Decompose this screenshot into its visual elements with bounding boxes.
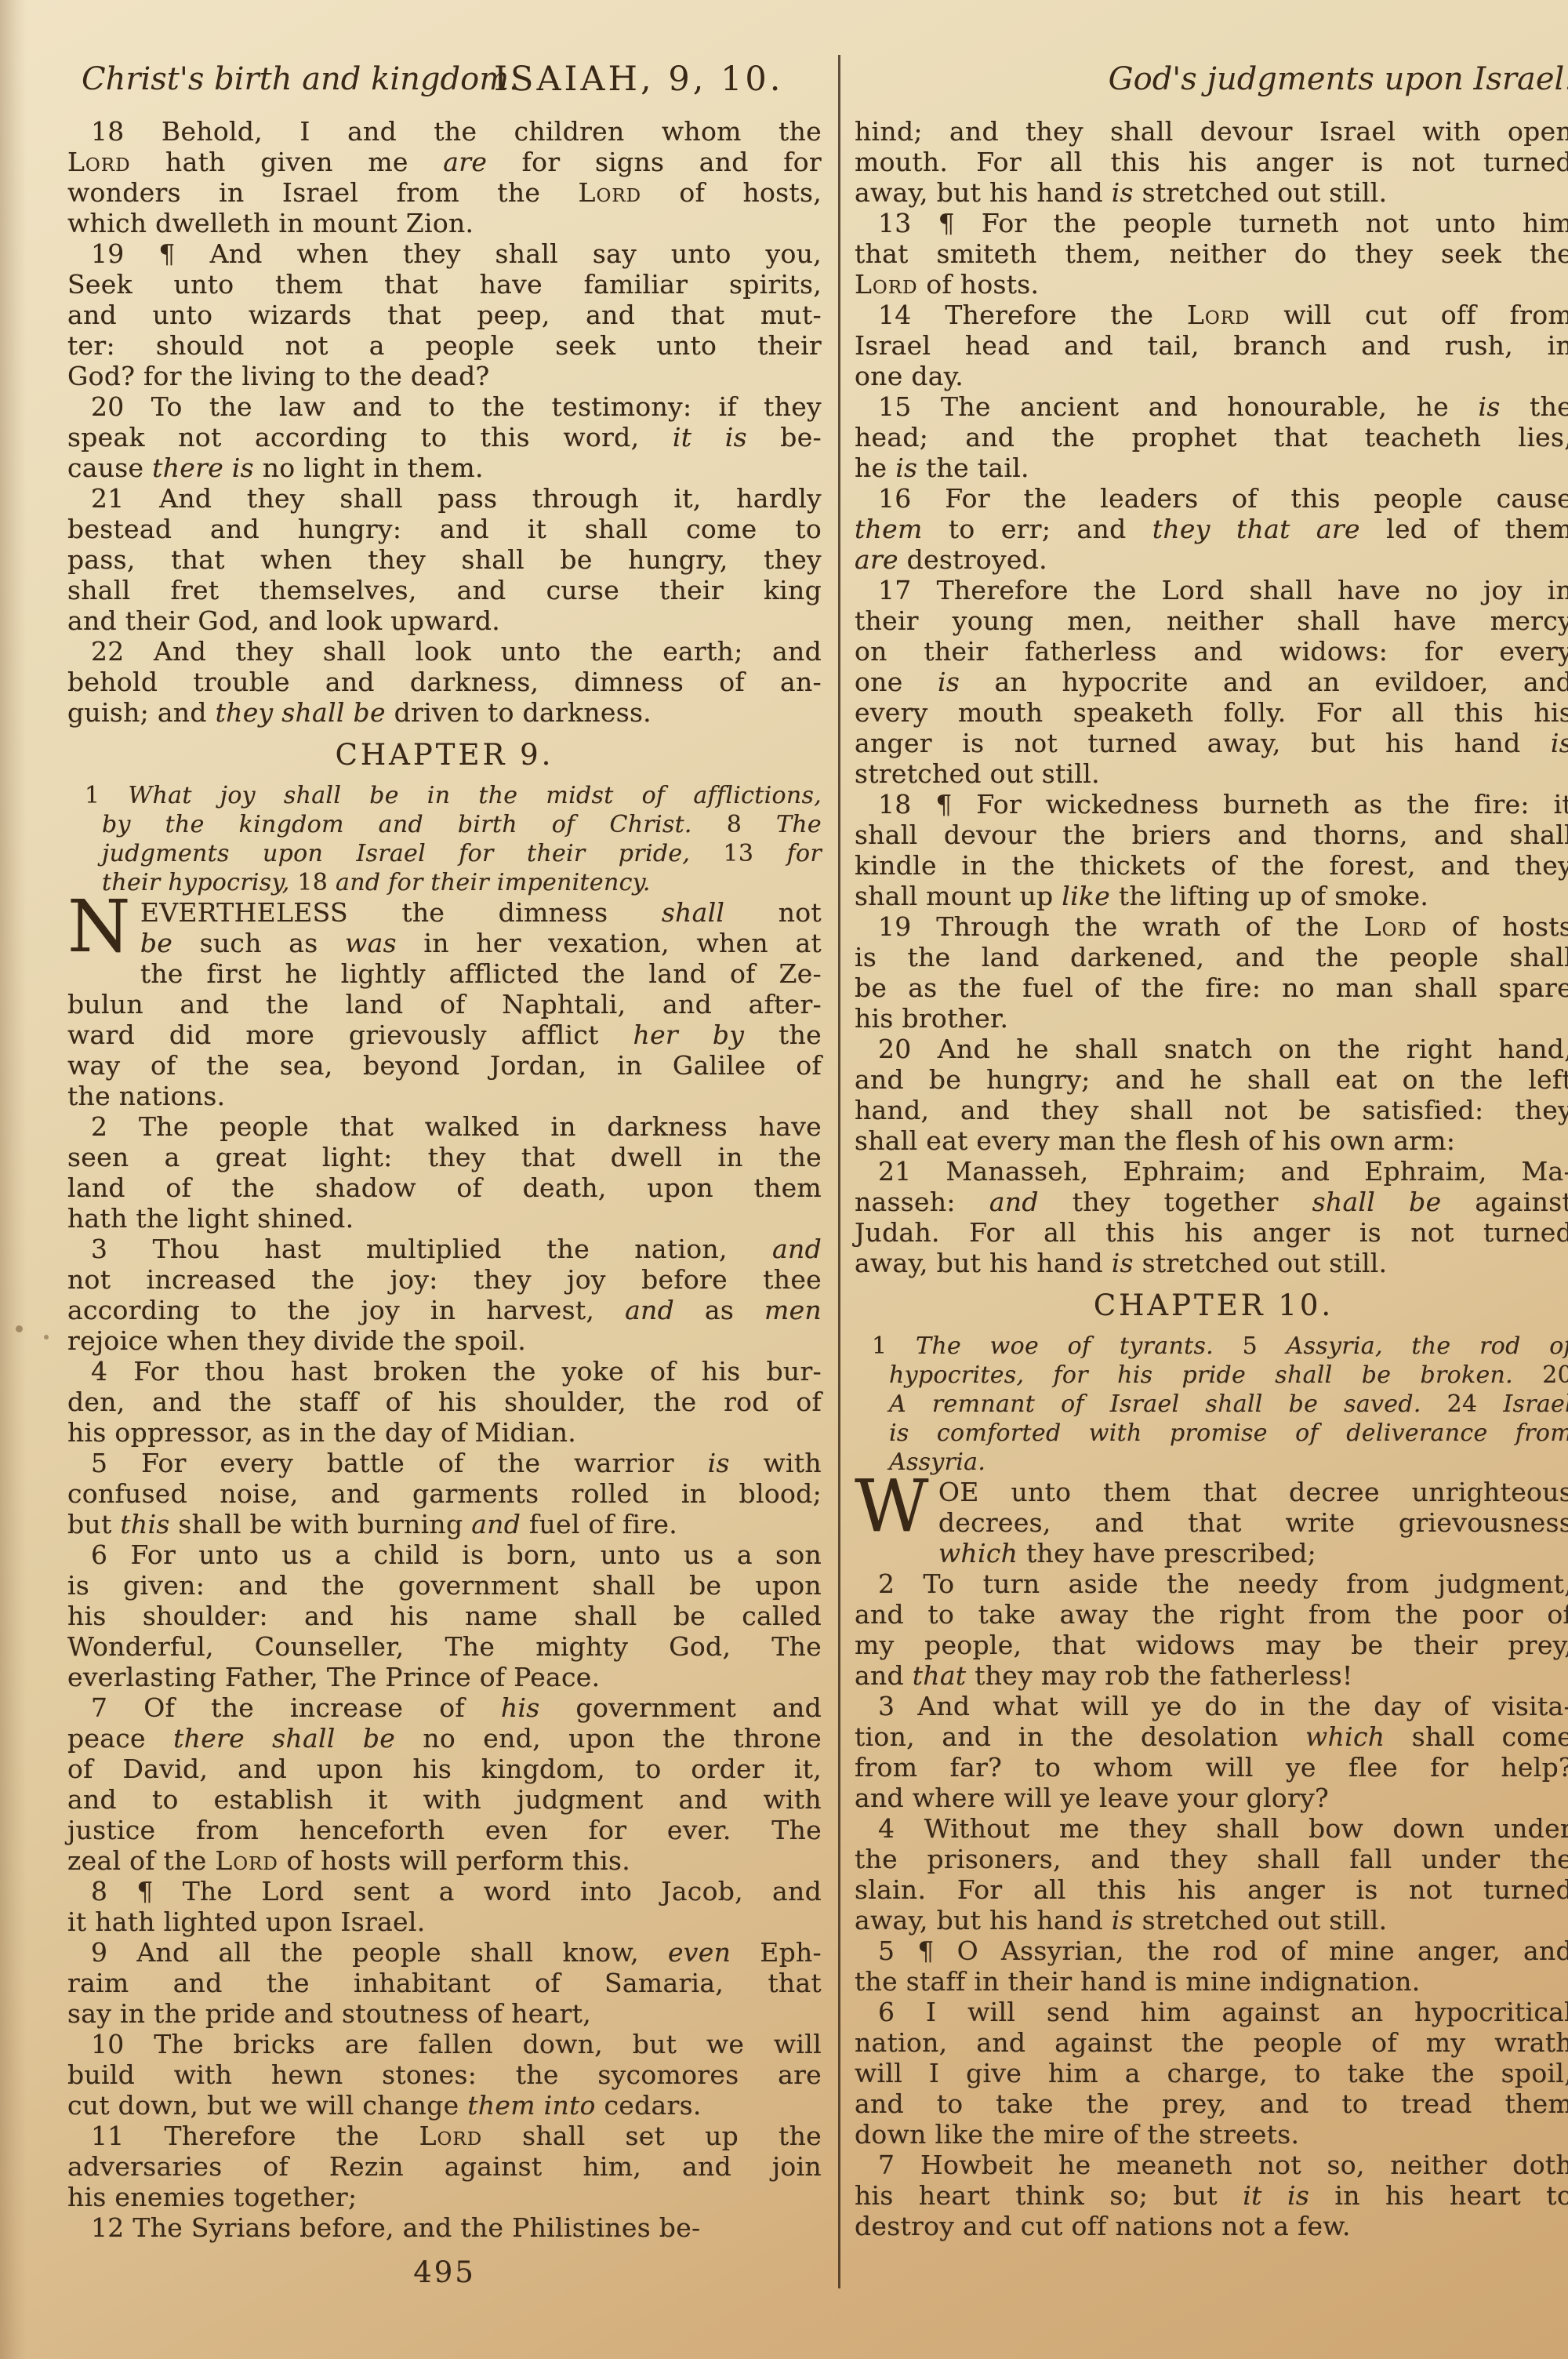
- text-line: seen a great light: they that dwell in t…: [67, 1142, 822, 1172]
- bible-page: Christ's birth and kingdom. ISAIAH, 9, 1…: [0, 0, 1568, 2359]
- text-line: 12 The Syrians before, and the Philistin…: [67, 2212, 822, 2243]
- text-line: wonders in Israel from the Lord of hosts…: [67, 177, 822, 208]
- text-line: that smiteth them, neither do they seek …: [855, 238, 1568, 269]
- running-head-left: Christ's birth and kingdom.: [82, 61, 519, 97]
- italic-text: be: [140, 928, 172, 958]
- text-line: their hypocrisy, 18 and for their impeni…: [102, 868, 822, 897]
- text-line: from far? to whom will ye flee for help?: [855, 1752, 1568, 1783]
- verse-paragraph: 20 And he shall snatch on the right hand…: [855, 1034, 1568, 1156]
- text-line: is given: and the government shall be up…: [67, 1570, 822, 1601]
- text-line: stretched out still.: [855, 758, 1568, 789]
- text-line: 8 ¶ The Lord sent a word into Jacob, and: [67, 1876, 822, 1906]
- text-line: 3 Thou hast multiplied the nation, and: [67, 1234, 822, 1264]
- text-line: Seek unto them that have familiar spirit…: [67, 269, 822, 300]
- text-line: shall fret themselves, and curse their k…: [67, 575, 822, 605]
- text-line: away, but his hand is stretched out stil…: [855, 1905, 1568, 1936]
- text-line: God? for the living to the dead?: [67, 361, 822, 391]
- verse-paragraph: 14 Therefore the Lord will cut off fromI…: [855, 300, 1568, 391]
- verse-paragraph: 4 For thou hast broken the yoke of his b…: [67, 1356, 822, 1448]
- text-line: raim and the inhabitant of Samaria, that: [67, 1968, 822, 1998]
- text-line: 17 Therefore the Lord shall have no joy …: [855, 575, 1568, 605]
- text-line: which dwelleth in mount Zion.: [67, 208, 822, 238]
- italic-text: What joy shall be in the midst of afflic…: [128, 782, 822, 809]
- italic-text: is: [1478, 391, 1500, 422]
- text-line: rejoice when they divide the spoil.: [67, 1325, 822, 1356]
- verse-paragraph: 16 For the leaders of this people causet…: [855, 483, 1568, 575]
- verse-paragraph: 21 Manasseh, Ephraim; and Ephraim, Ma-na…: [855, 1156, 1568, 1278]
- italic-text: hypocrites, for his pride shall be broke…: [889, 1361, 1513, 1389]
- italic-text: Assyria, the rod of: [1287, 1332, 1568, 1360]
- text-line: cause there is no light in them.: [67, 453, 822, 483]
- text-line: Lord hath given me are for signs and for: [67, 147, 822, 177]
- chapter-summary: 1 What joy shall be in the midst of affl…: [67, 781, 822, 897]
- text-line: every mouth speaketh folly. For all this…: [855, 697, 1568, 728]
- italic-text: is: [708, 1448, 730, 1478]
- text-line: say in the pride and stoutness of heart,: [67, 1998, 822, 2029]
- text-line: everlasting Father, The Prince of Peace.: [67, 1662, 822, 1692]
- verse-paragraph: 5 ¶ O Assyrian, the rod of mine anger, a…: [855, 1936, 1568, 1997]
- left-text-column: 18 Behold, I and the children whom theLo…: [67, 116, 822, 2243]
- text-line: ter: should not a people seek unto their: [67, 330, 822, 361]
- text-line: 14 Therefore the Lord will cut off from: [855, 300, 1568, 330]
- text-line: the prisoners, and they shall fall under…: [855, 1844, 1568, 1874]
- verse-paragraph: WOE unto them that decree unrighteousdec…: [855, 1477, 1568, 1568]
- text-line: bestead and hungry: and it shall come to: [67, 514, 822, 544]
- text-line: tion, and in the desolation which shall …: [855, 1721, 1568, 1752]
- text-line: hand, and they shall not be satisfied: t…: [855, 1095, 1568, 1125]
- text-line: 4 Without me they shall bow down under: [855, 1813, 1568, 1844]
- verse-paragraph: 8 ¶ The Lord sent a word into Jacob, and…: [67, 1876, 822, 1937]
- italic-text: them: [855, 514, 923, 544]
- text-line: 19 Through the wrath of the Lord of host…: [855, 911, 1568, 942]
- text-line: Lord of hosts.: [855, 269, 1568, 300]
- foxing-speck: [16, 1325, 23, 1332]
- text-line: confused noise, and garments rolled in b…: [67, 1478, 822, 1509]
- text-line: by the kingdom and birth of Christ. 8 Th…: [102, 810, 822, 839]
- text-line: away, but his hand is stretched out stil…: [855, 177, 1568, 208]
- italic-text: is: [1112, 1248, 1134, 1278]
- text-line: which they have prescribed;: [855, 1538, 1568, 1568]
- text-line: decrees, and that write grievousness: [855, 1507, 1568, 1538]
- text-line: WOE unto them that decree unrighteous: [855, 1477, 1568, 1507]
- foxing-speck: [44, 1335, 49, 1339]
- text-line: 13 ¶ For the people turneth not unto him: [855, 208, 1568, 238]
- italic-text: is comforted with promise of deliverance…: [889, 1419, 1568, 1447]
- text-line: 15 The ancient and honourable, he is the: [855, 391, 1568, 422]
- verse-paragraph: 11 Therefore the Lord shall set up thead…: [67, 2121, 822, 2212]
- text-line: and their God, and look upward.: [67, 605, 822, 636]
- italic-text: men: [764, 1295, 822, 1325]
- verse-paragraph: 19 ¶ And when they shall say unto you,Se…: [67, 238, 822, 391]
- text-line: hath the light shined.: [67, 1203, 822, 1234]
- text-line: my people, that widows may be their prey…: [855, 1630, 1568, 1660]
- italic-text: The: [776, 811, 822, 838]
- text-line: nasseh: and they together shall be again…: [855, 1187, 1568, 1217]
- italic-text: is: [1551, 728, 1568, 758]
- text-line: ward did more grievously afflict her by …: [67, 1020, 822, 1050]
- text-line: his heart think so; but it is in his hea…: [855, 2180, 1568, 2211]
- text-line: down like the mire of the streets.: [855, 2119, 1568, 2150]
- text-line: Judah. For all this his anger is not tur…: [855, 1217, 1568, 1248]
- text-line: 6 I will send him against an hypocritica…: [855, 1997, 1568, 2027]
- text-line: 7 Howbeit he meaneth not so, neither dot…: [855, 2150, 1568, 2180]
- text-line: guish; and they shall be driven to darkn…: [67, 697, 822, 728]
- italic-text: them into: [467, 2090, 595, 2121]
- text-line: is the land darkened, and the people sha…: [855, 942, 1568, 972]
- text-line: and to take away the right from the poor…: [855, 1599, 1568, 1630]
- text-line: pass, that when they shall be hungry, th…: [67, 544, 822, 575]
- text-line: behold trouble and darkness, dimness of …: [67, 667, 822, 697]
- text-line: shall devour the briers and thorns, and …: [855, 820, 1568, 850]
- text-line: his brother.: [855, 1003, 1568, 1034]
- text-line: 1 What joy shall be in the midst of affl…: [102, 781, 822, 810]
- italic-text: is: [1112, 1905, 1134, 1936]
- italic-text: like: [1062, 881, 1110, 911]
- text-line: 2 The people that walked in darkness hav…: [67, 1111, 822, 1142]
- drop-cap-initial: W: [855, 1477, 938, 1539]
- text-line: judgments upon Israel for their pride, 1…: [102, 839, 822, 868]
- italic-text: and: [989, 1187, 1039, 1217]
- text-line: build with hewn stones: the sycomores ar…: [67, 2059, 822, 2090]
- italic-text: judgments upon Israel for their pride,: [102, 840, 690, 867]
- small-caps-divine-name: Lord: [855, 269, 918, 300]
- verse-paragraph: 10 The bricks are fallen down, but we wi…: [67, 2029, 822, 2121]
- small-caps-divine-name: Lord: [215, 1845, 278, 1876]
- verse-paragraph: 13 ¶ For the people turneth not unto him…: [855, 208, 1568, 300]
- italic-text: Assyria.: [889, 1448, 985, 1476]
- page-number: 495: [67, 2255, 822, 2289]
- italic-text: they that are: [1152, 514, 1360, 544]
- text-line: it hath lighted upon Israel.: [67, 1906, 822, 1937]
- text-line: kindle in the thickets of the forest, an…: [855, 850, 1568, 881]
- text-line: 5 For every battle of the warrior is wit…: [67, 1448, 822, 1478]
- text-line: of David, and upon his kingdom, to order…: [67, 1754, 822, 1784]
- text-line: his oppressor, as in the day of Midian.: [67, 1417, 822, 1448]
- small-caps-divine-name: Lord: [1364, 911, 1428, 942]
- text-line: 20 To the law and to the testimony: if t…: [67, 391, 822, 422]
- text-line: be such as was in her vexation, when at: [67, 928, 822, 958]
- chapter-heading: CHAPTER 10.: [855, 1289, 1568, 1323]
- text-line: justice from henceforth even for ever. T…: [67, 1815, 822, 1845]
- italic-text: this: [120, 1509, 169, 1539]
- text-line: away, but his hand is stretched out stil…: [855, 1248, 1568, 1278]
- small-caps-divine-name: Lord: [1187, 300, 1250, 330]
- text-line: them to err; and they that are led of th…: [855, 514, 1568, 544]
- text-line: 5 ¶ O Assyrian, the rod of mine anger, a…: [855, 1936, 1568, 1966]
- text-line: 11 Therefore the Lord shall set up the: [67, 2121, 822, 2151]
- italic-text: it is: [1243, 2180, 1309, 2211]
- text-line: according to the joy in harvest, and as …: [67, 1295, 822, 1325]
- text-line: bulun and the land of Naphtali, and afte…: [67, 989, 822, 1020]
- italic-text: there is: [152, 453, 254, 483]
- text-line: 16 For the leaders of this people cause: [855, 483, 1568, 514]
- chapter-summary: 1 The woe of tyrants. 5 Assyria, the rod…: [855, 1332, 1568, 1477]
- column-divider-rule: [838, 55, 840, 2288]
- text-line: hind; and they shall devour Israel with …: [855, 116, 1568, 147]
- text-line: 20 And he shall snatch on the right hand…: [855, 1034, 1568, 1064]
- text-line: NEVERTHELESS the dimness shall not: [67, 897, 822, 928]
- text-line: 1 The woe of tyrants. 5 Assyria, the rod…: [889, 1332, 1568, 1361]
- small-caps-divine-name: Lord: [419, 2121, 483, 2151]
- verse-paragraph: 17 Therefore the Lord shall have no joy …: [855, 575, 1568, 789]
- running-head-right: God's judgments upon Israel.: [1109, 61, 1568, 97]
- verse-paragraph: 22 And they shall look unto the earth; a…: [67, 636, 822, 728]
- text-line: 4 For thou hast broken the yoke of his b…: [67, 1356, 822, 1387]
- drop-cap-initial: N: [67, 897, 140, 960]
- text-line: 19 ¶ And when they shall say unto you,: [67, 238, 822, 269]
- text-line: zeal of the Lord of hosts will perform t…: [67, 1845, 822, 1876]
- text-line: but this shall be with burning and fuel …: [67, 1509, 822, 1539]
- italic-text: The woe of tyrants.: [916, 1332, 1214, 1360]
- text-line: 7 Of the increase of his government and: [67, 1692, 822, 1723]
- text-line: the nations.: [67, 1081, 822, 1111]
- italic-text: shall be: [1312, 1187, 1442, 1217]
- text-line: 10 The bricks are fallen down, but we wi…: [67, 2029, 822, 2059]
- verse-paragraph: 7 Of the increase of his government andp…: [67, 1692, 822, 1876]
- text-line: way of the sea, beyond Jordan, in Galile…: [67, 1050, 822, 1081]
- text-line: slain. For all this his anger is not tur…: [855, 1874, 1568, 1905]
- italic-text: which: [1305, 1721, 1385, 1752]
- text-line: his shoulder: and his name shall be call…: [67, 1601, 822, 1631]
- verse-paragraph: 3 And what will ye do in the day of visi…: [855, 1691, 1568, 1813]
- text-line: anger is not turned away, but his hand i…: [855, 728, 1568, 758]
- italic-text: by the kingdom and birth of Christ.: [102, 811, 692, 838]
- italic-text: is: [895, 453, 917, 483]
- page-gutter-shadow: [0, 0, 27, 2359]
- verse-paragraph: 7 Howbeit he meaneth not so, neither dot…: [855, 2150, 1568, 2241]
- text-line: Wonderful, Counseller, The mighty God, T…: [67, 1631, 822, 1662]
- text-line: 3 And what will ye do in the day of visi…: [855, 1691, 1568, 1721]
- text-line: his enemies together;: [67, 2182, 822, 2212]
- text-line: shall eat every man the flesh of his own…: [855, 1125, 1568, 1156]
- text-line: and to establish it with judgment and wi…: [67, 1784, 822, 1815]
- verse-paragraph: 15 The ancient and honourable, he is the…: [855, 391, 1568, 483]
- italic-text: and for their impenitency.: [336, 869, 651, 896]
- text-line: the staff in their hand is mine indignat…: [855, 1966, 1568, 1997]
- italic-text: is: [938, 667, 960, 697]
- verse-paragraph: 18 Behold, I and the children whom theLo…: [67, 116, 822, 238]
- text-line: 21 And they shall pass through it, hardl…: [67, 483, 822, 514]
- text-line: 18 ¶ For wickedness burneth as the fire:…: [855, 789, 1568, 820]
- italic-text: Israel: [1503, 1390, 1568, 1418]
- verse-paragraph: 9 And all the people shall know, even Ep…: [67, 1937, 822, 2029]
- italic-text: it is: [673, 422, 747, 453]
- italic-text: are: [855, 544, 898, 575]
- text-line: shall mount up like the lifting up of sm…: [855, 881, 1568, 911]
- verse-paragraph: 19 Through the wrath of the Lord of host…: [855, 911, 1568, 1034]
- text-line: 21 Manasseh, Ephraim; and Ephraim, Ma-: [855, 1156, 1568, 1187]
- italic-text: is: [1112, 177, 1134, 208]
- italic-text: and: [772, 1234, 822, 1264]
- verse-paragraph: 18 ¶ For wickedness burneth as the fire:…: [855, 789, 1568, 911]
- text-line: A remnant of Israel shall be saved. 24 I…: [889, 1390, 1568, 1419]
- text-line: peace there shall be no end, upon the th…: [67, 1723, 822, 1754]
- text-line: hypocrites, for his pride shall be broke…: [889, 1361, 1568, 1390]
- text-line: their young men, neither shall have merc…: [855, 605, 1568, 636]
- text-line: and be hungry; and he shall eat on the l…: [855, 1064, 1568, 1095]
- verse-paragraph: 3 Thou hast multiplied the nation, andno…: [67, 1234, 822, 1356]
- text-line: adversaries of Rezin against him, and jo…: [67, 2151, 822, 2182]
- text-line: and unto wizards that peep, and that mut…: [67, 300, 822, 330]
- text-line: 22 And they shall look unto the earth; a…: [67, 636, 822, 667]
- italic-text: and: [625, 1295, 674, 1325]
- italic-text: their hypocrisy,: [102, 869, 290, 896]
- text-line: speak not according to this word, it is …: [67, 422, 822, 453]
- verse-paragraph: 20 To the law and to the testimony: if t…: [67, 391, 822, 483]
- text-line: one day.: [855, 361, 1568, 391]
- text-line: mouth. For all this his anger is not tur…: [855, 147, 1568, 177]
- text-line: he is the tail.: [855, 453, 1568, 483]
- small-caps-divine-name: Lord: [67, 147, 131, 177]
- italic-text: shall: [662, 897, 724, 928]
- text-line: are destroyed.: [855, 544, 1568, 575]
- italic-text: and: [471, 1509, 521, 1539]
- text-line: on their fatherless and widows: for ever…: [855, 636, 1568, 667]
- verse-paragraph: 6 I will send him against an hypocritica…: [855, 1997, 1568, 2150]
- italic-text: his: [501, 1692, 540, 1723]
- text-line: head; and the prophet that teacheth lies…: [855, 422, 1568, 453]
- text-line: 18 Behold, I and the children whom the: [67, 116, 822, 147]
- text-line: the first he lightly afflicted the land …: [67, 958, 822, 989]
- text-line: nation, and against the people of my wra…: [855, 2027, 1568, 2058]
- text-line: 9 And all the people shall know, even Ep…: [67, 1937, 822, 1968]
- italic-text: her by: [633, 1020, 745, 1050]
- text-line: and to take the prey, and to tread them: [855, 2088, 1568, 2119]
- right-text-column: hind; and they shall devour Israel with …: [855, 116, 1568, 2241]
- text-line: Assyria.: [889, 1448, 1568, 1477]
- italic-text: for: [787, 840, 822, 867]
- text-line: and that they may rob the fatherless!: [855, 1660, 1568, 1691]
- text-line: 6 For unto us a child is born, unto us a…: [67, 1539, 822, 1570]
- text-line: 2 To turn aside the needy from judgment,: [855, 1568, 1568, 1599]
- verse-paragraph: 4 Without me they shall bow down underth…: [855, 1813, 1568, 1936]
- text-line: den, and the staff of his shoulder, the …: [67, 1387, 822, 1417]
- text-line: cut down, but we will change them into c…: [67, 2090, 822, 2121]
- text-line: is comforted with promise of deliverance…: [889, 1419, 1568, 1448]
- chapter-heading: CHAPTER 9.: [67, 738, 822, 772]
- text-line: and where will ye leave your glory?: [855, 1783, 1568, 1813]
- italic-text: there shall be: [173, 1723, 395, 1754]
- text-line: Israel head and tail, branch and rush, i…: [855, 330, 1568, 361]
- italic-text: which: [938, 1538, 1018, 1568]
- verse-paragraph: 2 To turn aside the needy from judgment,…: [855, 1568, 1568, 1691]
- verse-paragraph: 21 And they shall pass through it, hardl…: [67, 483, 822, 636]
- italic-text: that: [913, 1660, 967, 1691]
- small-caps-divine-name: Lord: [579, 177, 642, 208]
- verse-paragraph: NEVERTHELESS the dimness shall notbe suc…: [67, 897, 822, 1111]
- text-line: one is an hypocrite and an evildoer, and: [855, 667, 1568, 697]
- text-line: be as the fuel of the fire: no man shall…: [855, 972, 1568, 1003]
- verse-continuation: hind; and they shall devour Israel with …: [855, 116, 1568, 208]
- italic-text: are: [443, 147, 487, 177]
- verse-paragraph: 5 For every battle of the warrior is wit…: [67, 1448, 822, 1539]
- italic-text: they shall be: [216, 697, 386, 728]
- verse-paragraph: 12 The Syrians before, and the Philistin…: [67, 2212, 822, 2243]
- text-line: not increased the joy: they joy before t…: [67, 1264, 822, 1295]
- italic-text: A remnant of Israel shall be saved.: [889, 1390, 1421, 1418]
- text-line: will I give him a charge, to take the sp…: [855, 2058, 1568, 2088]
- text-line: destroy and cut off nations not a few.: [855, 2211, 1568, 2241]
- italic-text: even: [668, 1937, 731, 1968]
- italic-text: was: [345, 928, 397, 958]
- verse-paragraph: 2 The people that walked in darkness hav…: [67, 1111, 822, 1234]
- text-line: land of the shadow of death, upon them: [67, 1172, 822, 1203]
- verse-paragraph: 6 For unto us a child is born, unto us a…: [67, 1539, 822, 1692]
- book-chapter-title: ISAIAH, 9, 10.: [494, 61, 783, 97]
